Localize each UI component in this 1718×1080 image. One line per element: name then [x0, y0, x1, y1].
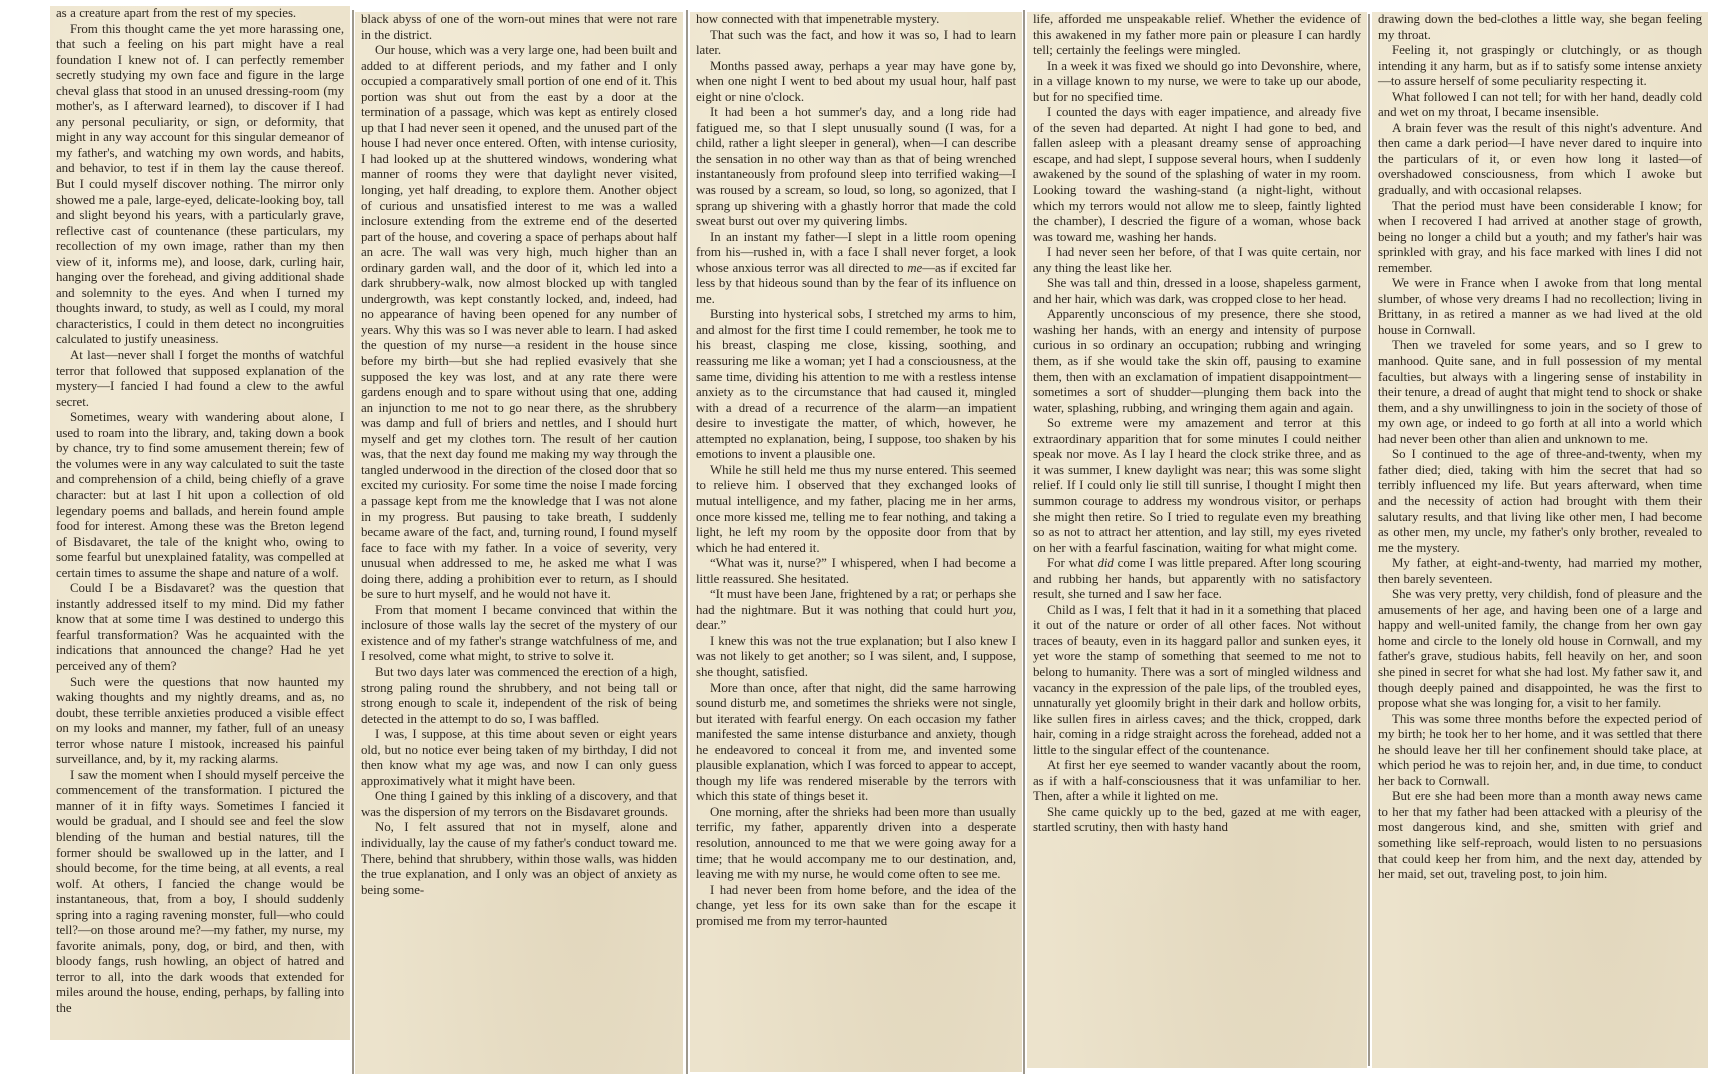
- paragraph: “It must have been Jane, frightened by a…: [696, 587, 1016, 634]
- newspaper-clipping: as a creature apart from the rest of my …: [0, 0, 1718, 1080]
- paragraph: One morning, after the shrieks had been …: [696, 805, 1016, 883]
- paragraph: More than once, after that night, did th…: [696, 681, 1016, 805]
- paragraph: Sometimes, weary with wandering about al…: [56, 410, 344, 581]
- paragraph: I had never been from home before, and t…: [696, 883, 1016, 930]
- paragraph: She came quickly up to the bed, gazed at…: [1033, 805, 1361, 836]
- column-rule: [686, 10, 688, 1074]
- paragraph: At last—never shall I forget the months …: [56, 348, 344, 410]
- paragraph: This was some three months before the ex…: [1378, 712, 1702, 790]
- paragraph: At first her eye seemed to wander vacant…: [1033, 758, 1361, 805]
- paragraph: how connected with that impenetrable mys…: [696, 12, 1016, 28]
- text-column-3: how connected with that impenetrable mys…: [690, 12, 1022, 1072]
- paragraph: In an instant my father—I slept in a lit…: [696, 230, 1016, 308]
- paragraph: So extreme were my amazement and terror …: [1033, 416, 1361, 556]
- paragraph: I counted the days with eager impatience…: [1033, 105, 1361, 245]
- emphasis: you: [994, 603, 1012, 617]
- paragraph: Months passed away, perhaps a year may h…: [696, 59, 1016, 106]
- paragraph: black abyss of one of the worn-out mines…: [361, 12, 677, 43]
- paragraph: No, I felt assured that not in myself, a…: [361, 820, 677, 898]
- paragraph: drawing down the bed-clothes a little wa…: [1378, 12, 1702, 43]
- paragraph: She was tall and thin, dressed in a loos…: [1033, 276, 1361, 307]
- paragraph: But ere she had been more than a month a…: [1378, 789, 1702, 882]
- text-column-1: as a creature apart from the rest of my …: [50, 6, 350, 1040]
- column-rule: [1023, 10, 1025, 1074]
- emphasis: me: [907, 261, 922, 275]
- paragraph: That the period must have been considera…: [1378, 199, 1702, 277]
- paragraph: life, afforded me unspeakable relief. Wh…: [1033, 12, 1361, 59]
- emphasis: did: [1097, 556, 1113, 570]
- paragraph: I had never seen her before, of that I w…: [1033, 245, 1361, 276]
- paragraph: My father, at eight-and-twenty, had marr…: [1378, 556, 1702, 587]
- paragraph: That such was the fact, and how it was s…: [696, 28, 1016, 59]
- paragraph: From this thought came the yet more hara…: [56, 22, 344, 348]
- paragraph: So I continued to the age of three-and-t…: [1378, 447, 1702, 556]
- paragraph: “What was it, nurse?” I whispered, when …: [696, 556, 1016, 587]
- paragraph: I saw the moment when I should myself pe…: [56, 768, 344, 1017]
- paragraph: Feeling it, not graspingly or clutchingl…: [1378, 43, 1702, 90]
- paragraph: She was very pretty, very childish, fond…: [1378, 587, 1702, 711]
- text-column-2: black abyss of one of the worn-out mines…: [355, 12, 683, 1074]
- paragraph: Our house, which was a very large one, h…: [361, 43, 677, 603]
- paragraph: A brain fever was the result of this nig…: [1378, 121, 1702, 199]
- paragraph: Then we traveled for some years, and so …: [1378, 338, 1702, 447]
- paragraph: Such were the questions that now haunted…: [56, 675, 344, 768]
- paragraph: Apparently unconscious of my presence, t…: [1033, 307, 1361, 416]
- paragraph: Child as I was, I felt that it had in it…: [1033, 603, 1361, 758]
- paragraph: For what did come I was little prepared.…: [1033, 556, 1361, 603]
- paragraph: What followed I can not tell; for with h…: [1378, 90, 1702, 121]
- paragraph: From that moment I became convinced that…: [361, 603, 677, 665]
- column-rule: [352, 10, 354, 1074]
- paragraph: Could I be a Bisdavaret? was the questio…: [56, 581, 344, 674]
- text-column-4: life, afforded me unspeakable relief. Wh…: [1027, 12, 1367, 1068]
- paragraph: One thing I gained by this inkling of a …: [361, 789, 677, 820]
- paragraph: as a creature apart from the rest of my …: [56, 6, 344, 22]
- text-column-5: drawing down the bed-clothes a little wa…: [1372, 12, 1708, 1068]
- paragraph: It had been a hot summer's day, and a lo…: [696, 105, 1016, 229]
- column-rule: [1368, 14, 1370, 1066]
- paragraph: But two days later was commenced the ere…: [361, 665, 677, 727]
- paragraph: I was, I suppose, at this time about sev…: [361, 727, 677, 789]
- paragraph: I knew this was not the true explanation…: [696, 634, 1016, 681]
- paragraph: Bursting into hysterical sobs, I stretch…: [696, 307, 1016, 462]
- paragraph: In a week it was fixed we should go into…: [1033, 59, 1361, 106]
- paragraph: We were in France when I awoke from that…: [1378, 276, 1702, 338]
- paragraph: While he still held me thus my nurse ent…: [696, 463, 1016, 556]
